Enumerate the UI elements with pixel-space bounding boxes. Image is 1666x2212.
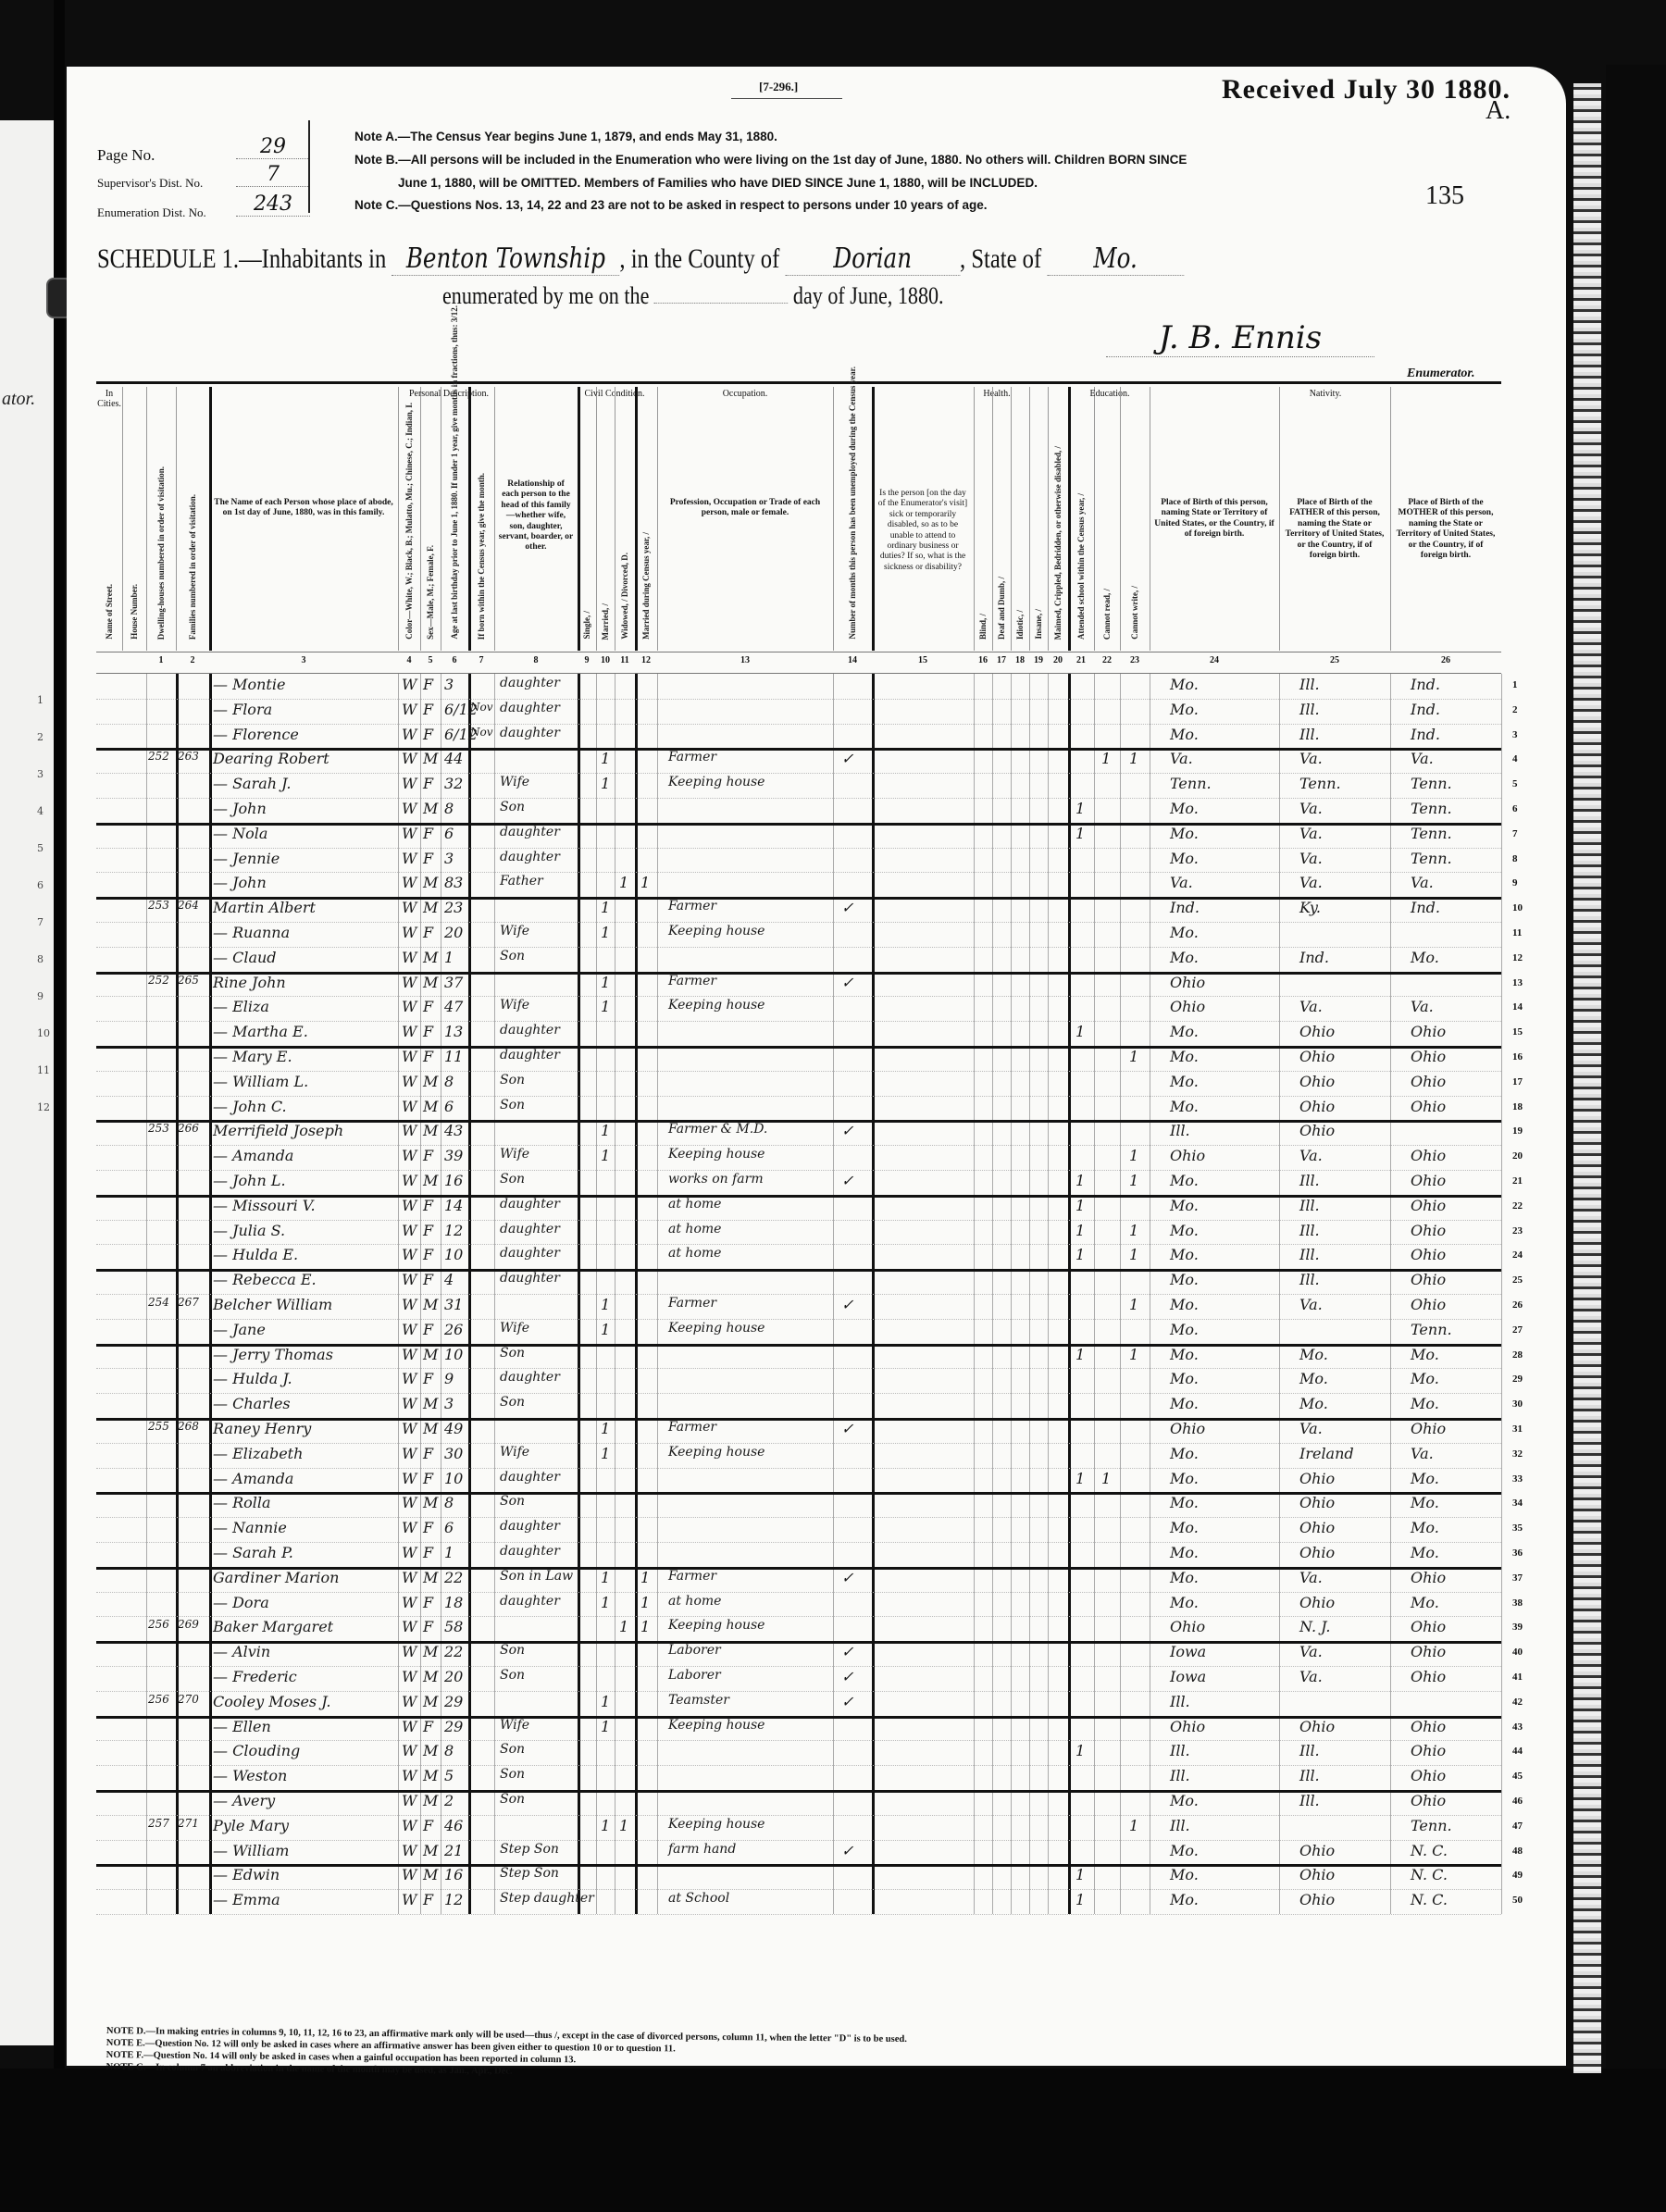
line-number: 46 bbox=[1512, 1796, 1523, 1807]
table-row: — AmandaWF39Wife1Keeping house1OhioVa.Oh… bbox=[96, 1145, 1501, 1171]
cell-color: W bbox=[402, 1817, 416, 1834]
cell-occupation: Farmer & M.D. bbox=[668, 1122, 767, 1137]
cell-relation: daughter bbox=[500, 1197, 560, 1212]
cell-relation: Step Son bbox=[500, 1842, 559, 1857]
cell-name: — John C. bbox=[213, 1098, 287, 1115]
header-col-19: Insane, / bbox=[1029, 387, 1049, 651]
cell-unemployed: ✓ bbox=[841, 1693, 853, 1710]
previous-page-line-number: 12 bbox=[37, 1101, 50, 1113]
cell-sex: F bbox=[423, 850, 433, 867]
cell-name: Raney Henry bbox=[213, 1420, 311, 1437]
cell-sex: F bbox=[423, 701, 433, 718]
cell-occupation: Keeping house bbox=[668, 1445, 765, 1460]
cell-color: W bbox=[402, 1494, 416, 1511]
cell-age: 16 bbox=[444, 1866, 463, 1883]
cell-name: — Dora bbox=[213, 1594, 269, 1611]
cell-father-birth: Ill. bbox=[1299, 1246, 1320, 1263]
cell-relation: daughter bbox=[500, 850, 560, 864]
cell-mother-birth: Mo. bbox=[1411, 949, 1439, 966]
cell-occupation: at home bbox=[668, 1197, 721, 1212]
line-number: 24 bbox=[1512, 1249, 1523, 1261]
cell-mother-birth: Ohio bbox=[1411, 1569, 1446, 1586]
cell-relation: Wife bbox=[500, 924, 529, 938]
cell-relation: daughter bbox=[500, 1023, 560, 1038]
meta-brace bbox=[301, 120, 310, 213]
cell-father-birth: Ohio bbox=[1299, 1866, 1335, 1883]
cell-mother-birth: Va. bbox=[1411, 750, 1434, 767]
cell-father-birth: Tenn. bbox=[1299, 775, 1341, 792]
previous-page-line-number: 8 bbox=[37, 953, 44, 965]
cell-mother-birth: Mo. bbox=[1411, 1395, 1439, 1412]
cell-color: W bbox=[402, 850, 416, 867]
cell-name: — Elizabeth bbox=[213, 1445, 303, 1462]
line-number: 31 bbox=[1512, 1423, 1523, 1435]
cell-mother-birth: Va. bbox=[1411, 998, 1434, 1015]
cell-age: 21 bbox=[444, 1842, 463, 1859]
cell-occupation: Farmer bbox=[668, 750, 716, 764]
grid-line bbox=[1501, 674, 1502, 1914]
cell-family: 271 bbox=[178, 1817, 199, 1830]
cell-birth: Mo. bbox=[1170, 1296, 1199, 1313]
cell-father-birth: Va. bbox=[1299, 998, 1323, 1015]
cell-father-birth: Va. bbox=[1299, 1643, 1323, 1660]
cell-birth: Iowa bbox=[1170, 1643, 1206, 1660]
cell-color: W bbox=[402, 1197, 416, 1214]
cell-mother-birth: Ohio bbox=[1411, 1197, 1446, 1214]
cell-sex: M bbox=[423, 1395, 438, 1412]
cell-name: Belcher William bbox=[213, 1296, 332, 1313]
cell-relation: daughter bbox=[500, 676, 560, 690]
cell-mother-birth: Ind. bbox=[1411, 676, 1440, 693]
cell-mother-birth: Tenn. bbox=[1411, 850, 1452, 867]
cell-father-birth: Ill. bbox=[1299, 1742, 1320, 1759]
table-row: — Julia S.WF12daughterat home11Mo.Ill.Oh… bbox=[96, 1220, 1501, 1246]
cell-month: Nov bbox=[470, 701, 493, 714]
cell-color: W bbox=[402, 1866, 416, 1883]
line-number: 34 bbox=[1512, 1497, 1523, 1509]
cell-mother-birth: Ohio bbox=[1411, 1296, 1446, 1313]
previous-page-line-number: 11 bbox=[37, 1064, 50, 1076]
line-number: 2 bbox=[1512, 704, 1518, 715]
table-row: — CharlesWM3SonMo.Mo.Mo.30 bbox=[96, 1393, 1501, 1421]
cell-age: 44 bbox=[444, 750, 463, 767]
cell-name: — Martha E. bbox=[213, 1023, 308, 1040]
cell-age: 8 bbox=[444, 1073, 454, 1090]
cell-age: 11 bbox=[444, 1048, 463, 1065]
cell-mother-birth: Mo. bbox=[1411, 1370, 1439, 1387]
note-c: Note C.—Questions Nos. 13, 14, 22 and 23… bbox=[354, 198, 987, 212]
cell-sex: M bbox=[423, 1693, 438, 1710]
cell-father-birth: Ill. bbox=[1299, 1197, 1320, 1214]
previous-page-line-number: 7 bbox=[37, 916, 44, 928]
cell-relation: Son bbox=[500, 1767, 525, 1782]
cell-age: 32 bbox=[444, 775, 463, 792]
cell-sex: F bbox=[423, 1197, 433, 1214]
cell-birth: Ohio bbox=[1170, 974, 1205, 991]
cell-sex: M bbox=[423, 1866, 438, 1883]
cell-mother-birth: Mo. bbox=[1411, 1594, 1439, 1611]
cell-unemployed: ✓ bbox=[841, 1296, 853, 1313]
cell-age: 6 bbox=[444, 1519, 454, 1536]
header-col-25: Place of Birth of the FATHER of this per… bbox=[1279, 387, 1391, 651]
cell-family: 263 bbox=[178, 750, 199, 763]
cell-occupation: works on farm bbox=[668, 1172, 764, 1187]
table-top-rule bbox=[96, 381, 1501, 384]
line-number: 45 bbox=[1512, 1771, 1523, 1782]
cell-relation: Son bbox=[500, 1668, 525, 1683]
cell-father-birth: Mo. bbox=[1299, 1346, 1328, 1363]
line-number: 9 bbox=[1512, 877, 1518, 889]
previous-page-line-number: 3 bbox=[37, 768, 44, 780]
cell-mother-birth: Ohio bbox=[1411, 1172, 1446, 1189]
line-number: 39 bbox=[1512, 1622, 1523, 1633]
cell-color: W bbox=[402, 1594, 416, 1611]
cell-cannot-write: 1 bbox=[1129, 1296, 1138, 1313]
cell-mother-birth: Ohio bbox=[1411, 1147, 1446, 1164]
cell-birth: Mo. bbox=[1170, 1594, 1199, 1611]
cell-age: 13 bbox=[444, 1023, 463, 1040]
line-number: 1 bbox=[1512, 679, 1518, 690]
cell-birth: Tenn. bbox=[1170, 775, 1212, 792]
cell-birth: Mo. bbox=[1170, 850, 1199, 867]
enumerator-label: Enumerator. bbox=[1407, 367, 1475, 381]
line-number: 17 bbox=[1512, 1076, 1523, 1087]
cell-sex: F bbox=[423, 1271, 433, 1288]
cell-color: W bbox=[402, 676, 416, 693]
cell-family: 267 bbox=[178, 1296, 199, 1309]
cell-birth: Mo. bbox=[1170, 1891, 1199, 1908]
header-col-24: Nativity.Place of Birth of this person, … bbox=[1150, 387, 1280, 651]
cell-name: — Alvin bbox=[213, 1643, 270, 1660]
table-row: — JaneWF26Wife1Keeping houseMo.Tenn.27 bbox=[96, 1319, 1501, 1347]
cell-occupation: Keeping house bbox=[668, 998, 765, 1013]
cell-dwelling: 252 bbox=[148, 750, 169, 763]
cell-occupation: at School bbox=[668, 1891, 729, 1906]
state-field: Mo. bbox=[1047, 242, 1184, 276]
cell-mother-birth: Ohio bbox=[1411, 1023, 1446, 1040]
header-col-4: Personal Description.Color—White, W.; Bl… bbox=[398, 387, 421, 651]
cell-mother-birth: Ohio bbox=[1411, 1222, 1446, 1239]
cell-birth: Mo. bbox=[1170, 1321, 1199, 1338]
table-row: 254267Belcher WilliamWM311Farmer✓1Mo.Va.… bbox=[96, 1294, 1501, 1320]
cell-birth: Ill. bbox=[1170, 1122, 1190, 1139]
cell-color: W bbox=[402, 899, 416, 916]
header-col-26: Place of Birth of the MOTHER of this per… bbox=[1390, 387, 1501, 651]
line-number: 7 bbox=[1512, 828, 1518, 839]
cell-father-birth: Ky. bbox=[1299, 899, 1321, 916]
table-row: — John L.WM16Sonworks on farm✓11Mo.Ill.O… bbox=[96, 1170, 1501, 1198]
cell-cannot-write: 1 bbox=[1129, 1246, 1138, 1263]
cell-birth: Mo. bbox=[1170, 1222, 1199, 1239]
cell-father-birth: Ill. bbox=[1299, 1222, 1320, 1239]
cell-sex: F bbox=[423, 1246, 433, 1263]
cell-month: Nov bbox=[470, 726, 493, 739]
cell-dwelling: 256 bbox=[148, 1618, 169, 1631]
page-no: Page No. 29 bbox=[97, 146, 155, 165]
cell-sex: M bbox=[423, 1842, 438, 1859]
cell-sex: M bbox=[423, 1792, 438, 1809]
previous-page-line-number: 4 bbox=[37, 805, 44, 817]
line-number: 40 bbox=[1512, 1647, 1523, 1658]
cell-name: — Sarah P. bbox=[213, 1544, 293, 1561]
cell-age: 16 bbox=[444, 1172, 463, 1189]
cell-color: W bbox=[402, 1296, 416, 1313]
cell-sex: M bbox=[423, 1569, 438, 1586]
cell-dwelling: 257 bbox=[148, 1817, 169, 1830]
cell-occupation: Keeping house bbox=[668, 1321, 765, 1336]
enumerated-day-field bbox=[654, 303, 789, 304]
cell-color: W bbox=[402, 1023, 416, 1040]
line-number: 41 bbox=[1512, 1671, 1523, 1683]
line-number: 30 bbox=[1512, 1398, 1523, 1410]
cell-birth: Mo. bbox=[1170, 1395, 1199, 1412]
cell-family: 269 bbox=[178, 1618, 199, 1631]
cell-color: W bbox=[402, 874, 416, 891]
cell-school: 1 bbox=[1075, 1172, 1085, 1189]
cell-sex: M bbox=[423, 874, 438, 891]
cell-sex: F bbox=[423, 1817, 433, 1834]
cell-name: — Nannie bbox=[213, 1519, 287, 1536]
cell-father-birth: Ill. bbox=[1299, 726, 1320, 743]
table-row: — AlvinWM22SonLaborer✓IowaVa.Ohio40 bbox=[96, 1641, 1501, 1667]
cell-age: 37 bbox=[444, 974, 463, 991]
cell-unemployed: ✓ bbox=[841, 1172, 853, 1189]
line-number: 23 bbox=[1512, 1225, 1523, 1236]
cell-age: 1 bbox=[444, 949, 454, 966]
cell-sex: F bbox=[423, 1222, 433, 1239]
table-row: — AveryWM2SonMo.Ill.Ohio46 bbox=[96, 1790, 1501, 1816]
cell-age: 10 bbox=[444, 1246, 463, 1263]
cell-sex: F bbox=[423, 1618, 433, 1635]
cell-relation: Father bbox=[500, 874, 543, 889]
cell-birth: Mo. bbox=[1170, 1246, 1199, 1263]
cell-occupation: Farmer bbox=[668, 899, 716, 913]
cell-birth: Iowa bbox=[1170, 1668, 1206, 1685]
cell-father-birth: Ohio bbox=[1299, 1073, 1335, 1090]
cell-sex: M bbox=[423, 1668, 438, 1685]
note-a: Note A.—The Census Year begins June 1, 1… bbox=[354, 130, 777, 143]
cell-sex: F bbox=[423, 775, 433, 792]
cell-age: 12 bbox=[444, 1222, 463, 1239]
cell-cannot-write: 1 bbox=[1129, 1346, 1138, 1363]
cell-relation: daughter bbox=[500, 1370, 560, 1385]
cell-name: — Emma bbox=[213, 1891, 280, 1908]
state-label: , State of bbox=[960, 243, 1041, 274]
cell-name: Cooley Moses J. bbox=[213, 1693, 330, 1710]
cell-father-birth: Ill. bbox=[1299, 1767, 1320, 1784]
cell-relation: Son bbox=[500, 1395, 525, 1410]
cell-father-birth: Ohio bbox=[1299, 1048, 1335, 1065]
line-number: 26 bbox=[1512, 1299, 1523, 1311]
cell-father-birth: Ohio bbox=[1299, 1470, 1335, 1487]
cell-sex: F bbox=[423, 1718, 433, 1735]
cell-sex: F bbox=[423, 1023, 433, 1040]
cell-mother-birth: Ohio bbox=[1411, 1668, 1446, 1685]
cell-occupation: farm hand bbox=[668, 1842, 736, 1857]
cell-dwelling: 253 bbox=[148, 899, 169, 912]
cell-age: 22 bbox=[444, 1569, 463, 1586]
cell-unemployed: ✓ bbox=[841, 1569, 853, 1586]
cell-birth: Mo. bbox=[1170, 1098, 1199, 1115]
line-number: 32 bbox=[1512, 1448, 1523, 1460]
cell-name: — Amanda bbox=[213, 1147, 293, 1164]
cell-name: — Flora bbox=[213, 701, 272, 718]
cell-age: 58 bbox=[444, 1618, 463, 1635]
cell-cannot-write: 1 bbox=[1129, 750, 1138, 767]
corner-letter: A. bbox=[1486, 96, 1511, 126]
cell-sex: F bbox=[423, 1594, 433, 1611]
cell-birth: Mo. bbox=[1170, 1048, 1199, 1065]
cell-birth: Mo. bbox=[1170, 1494, 1199, 1511]
cell-sex: F bbox=[423, 1147, 433, 1164]
cell-birth: Mo. bbox=[1170, 1172, 1199, 1189]
cell-occupation: at home bbox=[668, 1594, 721, 1609]
cell-sex: F bbox=[423, 924, 433, 941]
cell-color: W bbox=[402, 1321, 416, 1338]
cell-mother-birth: N. C. bbox=[1411, 1842, 1448, 1859]
line-number: 10 bbox=[1512, 902, 1523, 913]
table-row: 257271Pyle MaryWF4611Keeping house1Ill.T… bbox=[96, 1815, 1501, 1841]
cell-color: W bbox=[402, 1147, 416, 1164]
cell-married: 1 bbox=[601, 1693, 610, 1710]
header-col-22: Cannot read, / bbox=[1094, 387, 1121, 651]
header-col-9: Civil Condition.Single, / bbox=[578, 387, 597, 651]
cell-occupation: Farmer bbox=[668, 1296, 716, 1311]
cell-birth: Mo. bbox=[1170, 1073, 1199, 1090]
cell-mother-birth: Ohio bbox=[1411, 1767, 1446, 1784]
line-number: 4 bbox=[1512, 753, 1518, 764]
table-row: — Sarah J.WF32Wife1Keeping houseTenn.Ten… bbox=[96, 773, 1501, 799]
cell-mother-birth: Va. bbox=[1411, 874, 1434, 891]
cell-relation: Wife bbox=[500, 998, 529, 1013]
cell-school: 1 bbox=[1075, 800, 1085, 817]
cell-age: 10 bbox=[444, 1346, 463, 1363]
cell-family: 268 bbox=[178, 1420, 199, 1433]
cell-birth: Mo. bbox=[1170, 1023, 1199, 1040]
cell-sex: M bbox=[423, 1122, 438, 1139]
table-row: — WilliamWM21Step Sonfarm hand✓Mo.OhioN.… bbox=[96, 1840, 1501, 1868]
cell-mother-birth: Ohio bbox=[1411, 1643, 1446, 1660]
cell-name: — Hulda J. bbox=[213, 1370, 292, 1387]
cell-sex: M bbox=[423, 1296, 438, 1313]
cell-married: 1 bbox=[601, 1817, 610, 1834]
cell-age: 8 bbox=[444, 800, 454, 817]
table-row: — FloraWF6/12NovdaughterMo.Ill.Ind.2 bbox=[96, 699, 1501, 725]
cell-school: 1 bbox=[1075, 1246, 1085, 1263]
cell-unemployed: ✓ bbox=[841, 974, 853, 991]
cell-age: 46 bbox=[444, 1817, 463, 1834]
cell-cannot-read: 1 bbox=[1101, 750, 1111, 767]
header-house-number: House Number. bbox=[122, 387, 147, 651]
table-row: — MontieWF3daughterMo.Ill.Ind.1 bbox=[96, 674, 1501, 700]
cell-married: 1 bbox=[601, 924, 610, 941]
cell-mother-birth: Mo. bbox=[1411, 1346, 1439, 1363]
cell-age: 3 bbox=[444, 676, 454, 693]
cell-occupation: Keeping house bbox=[668, 1718, 765, 1733]
line-number: 11 bbox=[1512, 927, 1522, 938]
cell-age: 4 bbox=[444, 1271, 454, 1288]
cell-unemployed: ✓ bbox=[841, 750, 853, 767]
cell-relation: daughter bbox=[500, 701, 560, 715]
cell-unemployed: ✓ bbox=[841, 1668, 853, 1685]
line-number: 33 bbox=[1512, 1473, 1523, 1485]
cell-school: 1 bbox=[1075, 1891, 1085, 1908]
cell-occupation: at home bbox=[668, 1222, 721, 1236]
cell-married-year: 1 bbox=[640, 1594, 650, 1611]
township-field: Benton Township bbox=[392, 242, 619, 276]
cell-name: Baker Margaret bbox=[213, 1618, 333, 1635]
line-number: 14 bbox=[1512, 1001, 1523, 1013]
cell-name: — Avery bbox=[213, 1792, 275, 1809]
cell-birth: Ill. bbox=[1170, 1742, 1190, 1759]
table-row: — JohnWM83Father11Va.Va.Va.9 bbox=[96, 872, 1501, 900]
cell-relation: Son bbox=[500, 1346, 525, 1361]
cell-dwelling: 253 bbox=[148, 1122, 169, 1135]
cell-color: W bbox=[402, 1445, 416, 1462]
cell-mother-birth: Ind. bbox=[1411, 701, 1440, 718]
cell-sex: M bbox=[423, 1420, 438, 1437]
cell-sex: M bbox=[423, 1767, 438, 1784]
cell-relation: daughter bbox=[500, 1222, 560, 1236]
header-col-23: Cannot write, / bbox=[1120, 387, 1150, 651]
cell-color: W bbox=[402, 1742, 416, 1759]
cell-father-birth: Mo. bbox=[1299, 1395, 1328, 1412]
cell-mother-birth: Ind. bbox=[1411, 899, 1440, 916]
table-row: — John C.WM6SonMo.OhioOhio18 bbox=[96, 1096, 1501, 1124]
cell-sex: F bbox=[423, 1519, 433, 1536]
cell-mother-birth: Ohio bbox=[1411, 1271, 1446, 1288]
cell-age: 23 bbox=[444, 899, 463, 916]
cell-unemployed: ✓ bbox=[841, 1842, 853, 1859]
line-number: 8 bbox=[1512, 853, 1518, 864]
cell-color: W bbox=[402, 726, 416, 743]
cell-father-birth: Ind. bbox=[1299, 949, 1329, 966]
schedule-title: SCHEDULE 1.—Inhabitants in Benton Townsh… bbox=[97, 242, 1184, 276]
table-row: — Rebecca E.WF4daughterMo.Ill.Ohio25 bbox=[96, 1269, 1501, 1295]
cell-name: — John L. bbox=[213, 1172, 286, 1189]
cell-father-birth: Va. bbox=[1299, 1668, 1323, 1685]
column-number-row: 1 2 3 4 5 6 7 8 9 10 11 12 13 14 15 16 1… bbox=[96, 652, 1501, 674]
cell-sex: F bbox=[423, 825, 433, 842]
cell-mother-birth: Ohio bbox=[1411, 1792, 1446, 1809]
cell-father-birth: Ireland bbox=[1299, 1445, 1354, 1462]
cell-relation: Son bbox=[500, 800, 525, 814]
cell-age: 3 bbox=[444, 850, 454, 867]
line-number: 28 bbox=[1512, 1349, 1523, 1361]
header-col-17: Deaf and Dumb, / bbox=[992, 387, 1012, 651]
table-row: — CloudingWM8Son1Ill.Ill.Ohio44 bbox=[96, 1740, 1501, 1766]
cell-name: — Ruanna bbox=[213, 924, 290, 941]
cell-birth: Ill. bbox=[1170, 1767, 1190, 1784]
header-col-2: Families numbered in order of visitation… bbox=[176, 387, 212, 651]
cell-name: Martin Albert bbox=[213, 899, 316, 916]
cell-sex: M bbox=[423, 800, 438, 817]
line-number: 42 bbox=[1512, 1696, 1523, 1708]
cell-father-birth: Ill. bbox=[1299, 701, 1320, 718]
header-col-21: Education.Attended school within the Cen… bbox=[1068, 387, 1095, 651]
cell-relation: Son bbox=[500, 1742, 525, 1757]
cell-mother-birth: Tenn. bbox=[1411, 800, 1452, 817]
cell-name: — Jerry Thomas bbox=[213, 1346, 333, 1363]
cell-sex: F bbox=[423, 1445, 433, 1462]
cell-relation: daughter bbox=[500, 726, 560, 740]
table-row: — JennieWF3daughterMo.Va.Tenn.8 bbox=[96, 848, 1501, 874]
note-b: Note B.—All persons will be included in … bbox=[354, 153, 1187, 167]
cell-color: W bbox=[402, 1246, 416, 1263]
table-row: — AmandaWF10daughter11Mo.OhioMo.33 bbox=[96, 1468, 1501, 1496]
table-row: 253264Martin AlbertWM231Farmer✓Ind.Ky.In… bbox=[96, 897, 1501, 923]
cell-name: — Claud bbox=[213, 949, 277, 966]
